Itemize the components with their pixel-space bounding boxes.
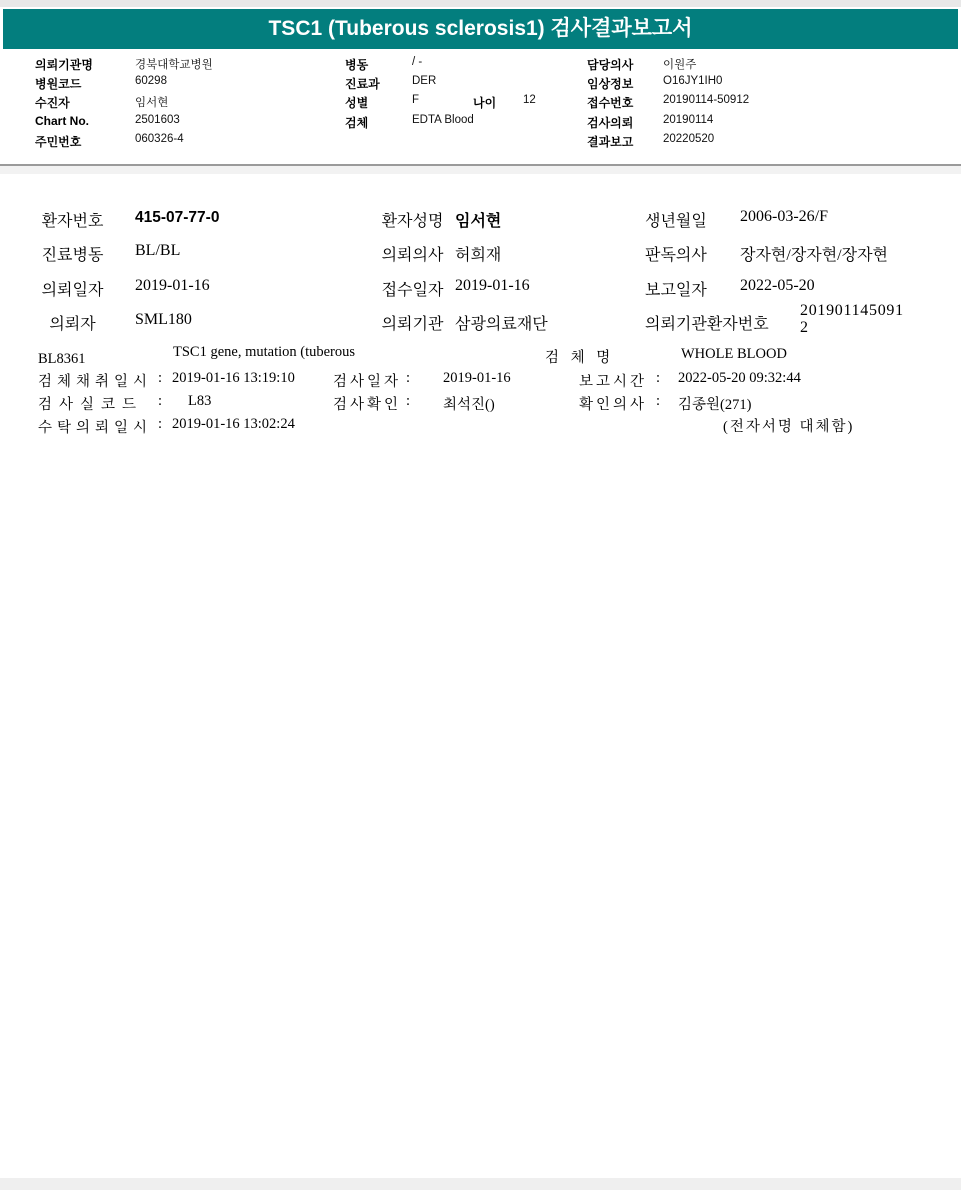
page-top-strip [0, 0, 961, 7]
report-time-colon: : [656, 370, 660, 387]
report-title: TSC1 (Tuberous sclerosis1) 검사결과보고서 [268, 17, 692, 40]
referring-inst-value: 삼광의료재단 [455, 311, 548, 334]
patient-no-label: 환자번호 [30, 208, 115, 231]
resident-no-label: 주민번호 [35, 133, 81, 150]
esign-note: (전자서명 대체함) [723, 415, 854, 436]
clinical-info-value: O16JY1IH0 [663, 75, 722, 87]
care-ward-label: 진료병동 [30, 242, 115, 265]
lab-code-colon: : [158, 393, 162, 410]
sex-value: F [412, 94, 419, 106]
confirming-doctor-label: 확인의사 [579, 393, 647, 414]
consignment-colon: : [158, 416, 162, 433]
accession-no-value: 20190114-50912 [663, 94, 749, 106]
resident-no-value: 060326-4 [135, 133, 184, 145]
test-confirmer-label: 검사확인 [333, 393, 401, 414]
request-date-value: 2019-01-16 [135, 277, 210, 295]
chart-no-value: 2501603 [135, 114, 180, 126]
age-label: 나이 [473, 94, 496, 111]
report-date-value: 2022-05-20 [740, 277, 815, 295]
referring-inst-patient-no-label: 의뢰기관환자번호 [645, 311, 769, 334]
receipt-date-value: 2019-01-16 [455, 277, 530, 295]
care-ward-value: BL/BL [135, 242, 180, 260]
ward-label: 병동 [345, 56, 368, 73]
referring-org-label: 의뢰기관명 [35, 56, 93, 73]
collection-datetime-label: 검체채취일시 [38, 370, 152, 391]
test-date-label: 검사일자 [333, 370, 401, 391]
referring-org-value: 경북대학교병원 [135, 56, 213, 72]
referring-inst-label: 의뢰기관 [375, 311, 450, 334]
test-request-value: 20190114 [663, 114, 713, 126]
title-bar: TSC1 (Tuberous sclerosis1) 검사결과보고서 [3, 9, 958, 49]
clinical-info-label: 임상정보 [587, 75, 633, 92]
hospital-code-label: 병원코드 [35, 75, 81, 92]
examinee-value: 임서현 [135, 94, 168, 110]
request-date-label: 의뢰일자 [30, 277, 115, 300]
confirming-doctor-colon: : [656, 393, 660, 410]
consignment-datetime-label: 수탁의뢰일시 [38, 416, 152, 437]
test-code: BL8361 [38, 351, 86, 368]
test-name: TSC1 gene, mutation (tuberous [173, 344, 355, 361]
test-request-label: 검사의뢰 [587, 114, 633, 131]
report-page: TSC1 (Tuberous sclerosis1) 검사결과보고서 의뢰기관명… [0, 0, 961, 1190]
report-time-label: 보고시간 [579, 370, 647, 391]
collection-datetime-value: 2019-01-16 13:19:10 [172, 370, 295, 387]
patient-no-value: 415-07-77-0 [135, 209, 219, 227]
attending-doctor-value: 이원주 [663, 56, 696, 72]
collection-colon: : [158, 370, 162, 387]
report-time-value: 2022-05-20 09:32:44 [678, 370, 801, 387]
referring-doctor-label: 의뢰의사 [375, 242, 450, 265]
consignment-datetime-value: 2019-01-16 13:02:24 [172, 416, 295, 433]
referring-inst-patient-no-value: 2019011450912 [800, 302, 906, 336]
patient-name-value: 임서현 [455, 208, 501, 231]
reading-doctor-value: 장자현/장자현/장자현 [740, 242, 888, 265]
test-confirmer-colon: : [406, 393, 410, 410]
test-confirmer-value: 최석진() [443, 393, 495, 414]
referring-doctor-value: 허희재 [455, 242, 501, 265]
specimen-name-label: 검 체 명 [545, 346, 614, 367]
hospital-code-value: 60298 [135, 75, 167, 87]
chart-no-label: Chart No. [35, 114, 89, 128]
result-report-label: 결과보고 [587, 133, 633, 150]
reading-doctor-label: 판독의사 [645, 242, 707, 265]
requester-label: 의뢰자 [30, 311, 115, 334]
birth-date-label: 생년월일 [645, 208, 707, 231]
specimen-type-label: 검체 [345, 114, 368, 131]
ward-value: / - [412, 56, 422, 68]
specimen-type-value: EDTA Blood [412, 114, 474, 126]
test-date-colon: : [406, 370, 410, 387]
lab-code-value: L83 [188, 393, 211, 410]
specimen-name-value: WHOLE BLOOD [681, 346, 787, 363]
age-value: 12 [523, 94, 536, 106]
result-report-value: 20220520 [663, 133, 714, 145]
examinee-label: 수진자 [35, 94, 70, 111]
department-label: 진료과 [345, 75, 380, 92]
header-divider-band [0, 166, 961, 174]
attending-doctor-label: 담당의사 [587, 56, 633, 73]
footer-bar [0, 1178, 961, 1190]
department-value: DER [412, 75, 436, 87]
sex-label: 성별 [345, 94, 368, 111]
accession-no-label: 접수번호 [587, 94, 633, 111]
receipt-date-label: 접수일자 [375, 277, 450, 300]
lab-code-label: 검사실코드 [38, 393, 143, 414]
birth-date-value: 2006-03-26/F [740, 208, 828, 226]
report-date-label: 보고일자 [645, 277, 707, 300]
patient-name-label: 환자성명 [375, 208, 450, 231]
requester-value: SML180 [135, 311, 192, 329]
confirming-doctor-value: 김종원(271) [678, 393, 751, 414]
test-date-value: 2019-01-16 [443, 370, 511, 387]
